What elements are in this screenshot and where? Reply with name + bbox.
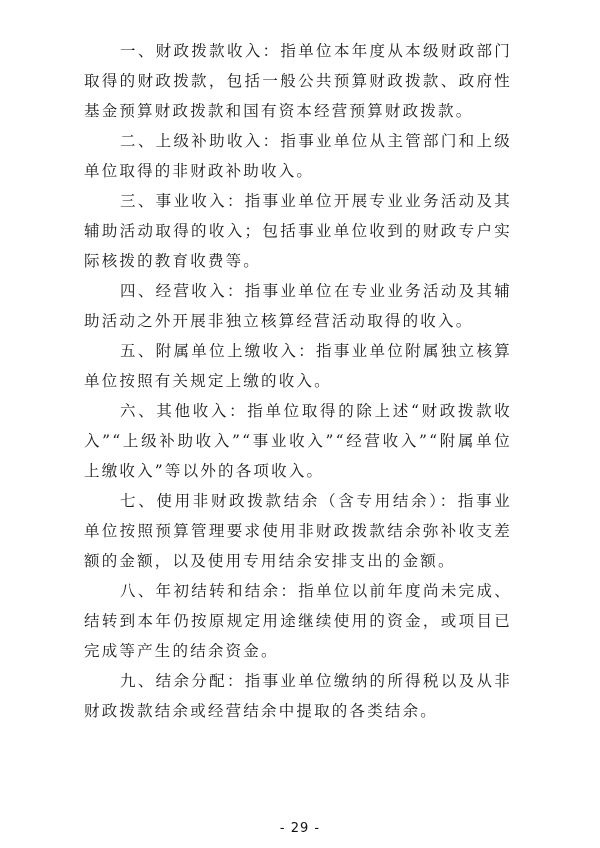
definition-paragraph-affiliated-unit-income: 五、附属单位上缴收入：指事业单位附属独立核算单位按照有关规定上缴的收入。 <box>84 336 512 396</box>
definition-paragraph-operational-income: 三、事业收入：指事业单位开展专业业务活动及其辅助活动取得的收入；包括事业单位收到… <box>84 186 512 276</box>
document-body: 一、财政拨款收入：指单位本年度从本级财政部门取得的财政拨款，包括一般公共预算财政… <box>84 36 512 726</box>
page-number: - 29 - <box>280 821 320 836</box>
page-footer: - 29 - <box>0 817 600 836</box>
definition-paragraph-business-income: 四、经营收入：指事业单位在专业业务活动及其辅助活动之外开展非独立核算经营活动取得… <box>84 276 512 336</box>
definition-paragraph-other-income: 六、其他收入：指单位取得的除上述“财政拨款收入”“上级补助收入”“事业收入”“经… <box>84 396 512 486</box>
definition-paragraph-non-fiscal-surplus-use: 七、使用非财政拨款结余（含专用结余）：指事业单位按照预算管理要求使用非财政拨款结… <box>84 486 512 576</box>
document-page: 一、财政拨款收入：指单位本年度从本级财政部门取得的财政拨款，包括一般公共预算财政… <box>0 0 600 848</box>
definition-paragraph-superior-subsidy-income: 二、上级补助收入：指事业单位从主管部门和上级单位取得的非财政补助收入。 <box>84 126 512 186</box>
definition-paragraph-fiscal-appropriation-income: 一、财政拨款收入：指单位本年度从本级财政部门取得的财政拨款，包括一般公共预算财政… <box>84 36 512 126</box>
definition-paragraph-surplus-distribution: 九、结余分配：指事业单位缴纳的所得税以及从非财政拨款结余或经营结余中提取的各类结… <box>84 666 512 726</box>
definition-paragraph-carryover-and-surplus: 八、年初结转和结余：指单位以前年度尚未完成、结转到本年仍按原规定用途继续使用的资… <box>84 576 512 666</box>
